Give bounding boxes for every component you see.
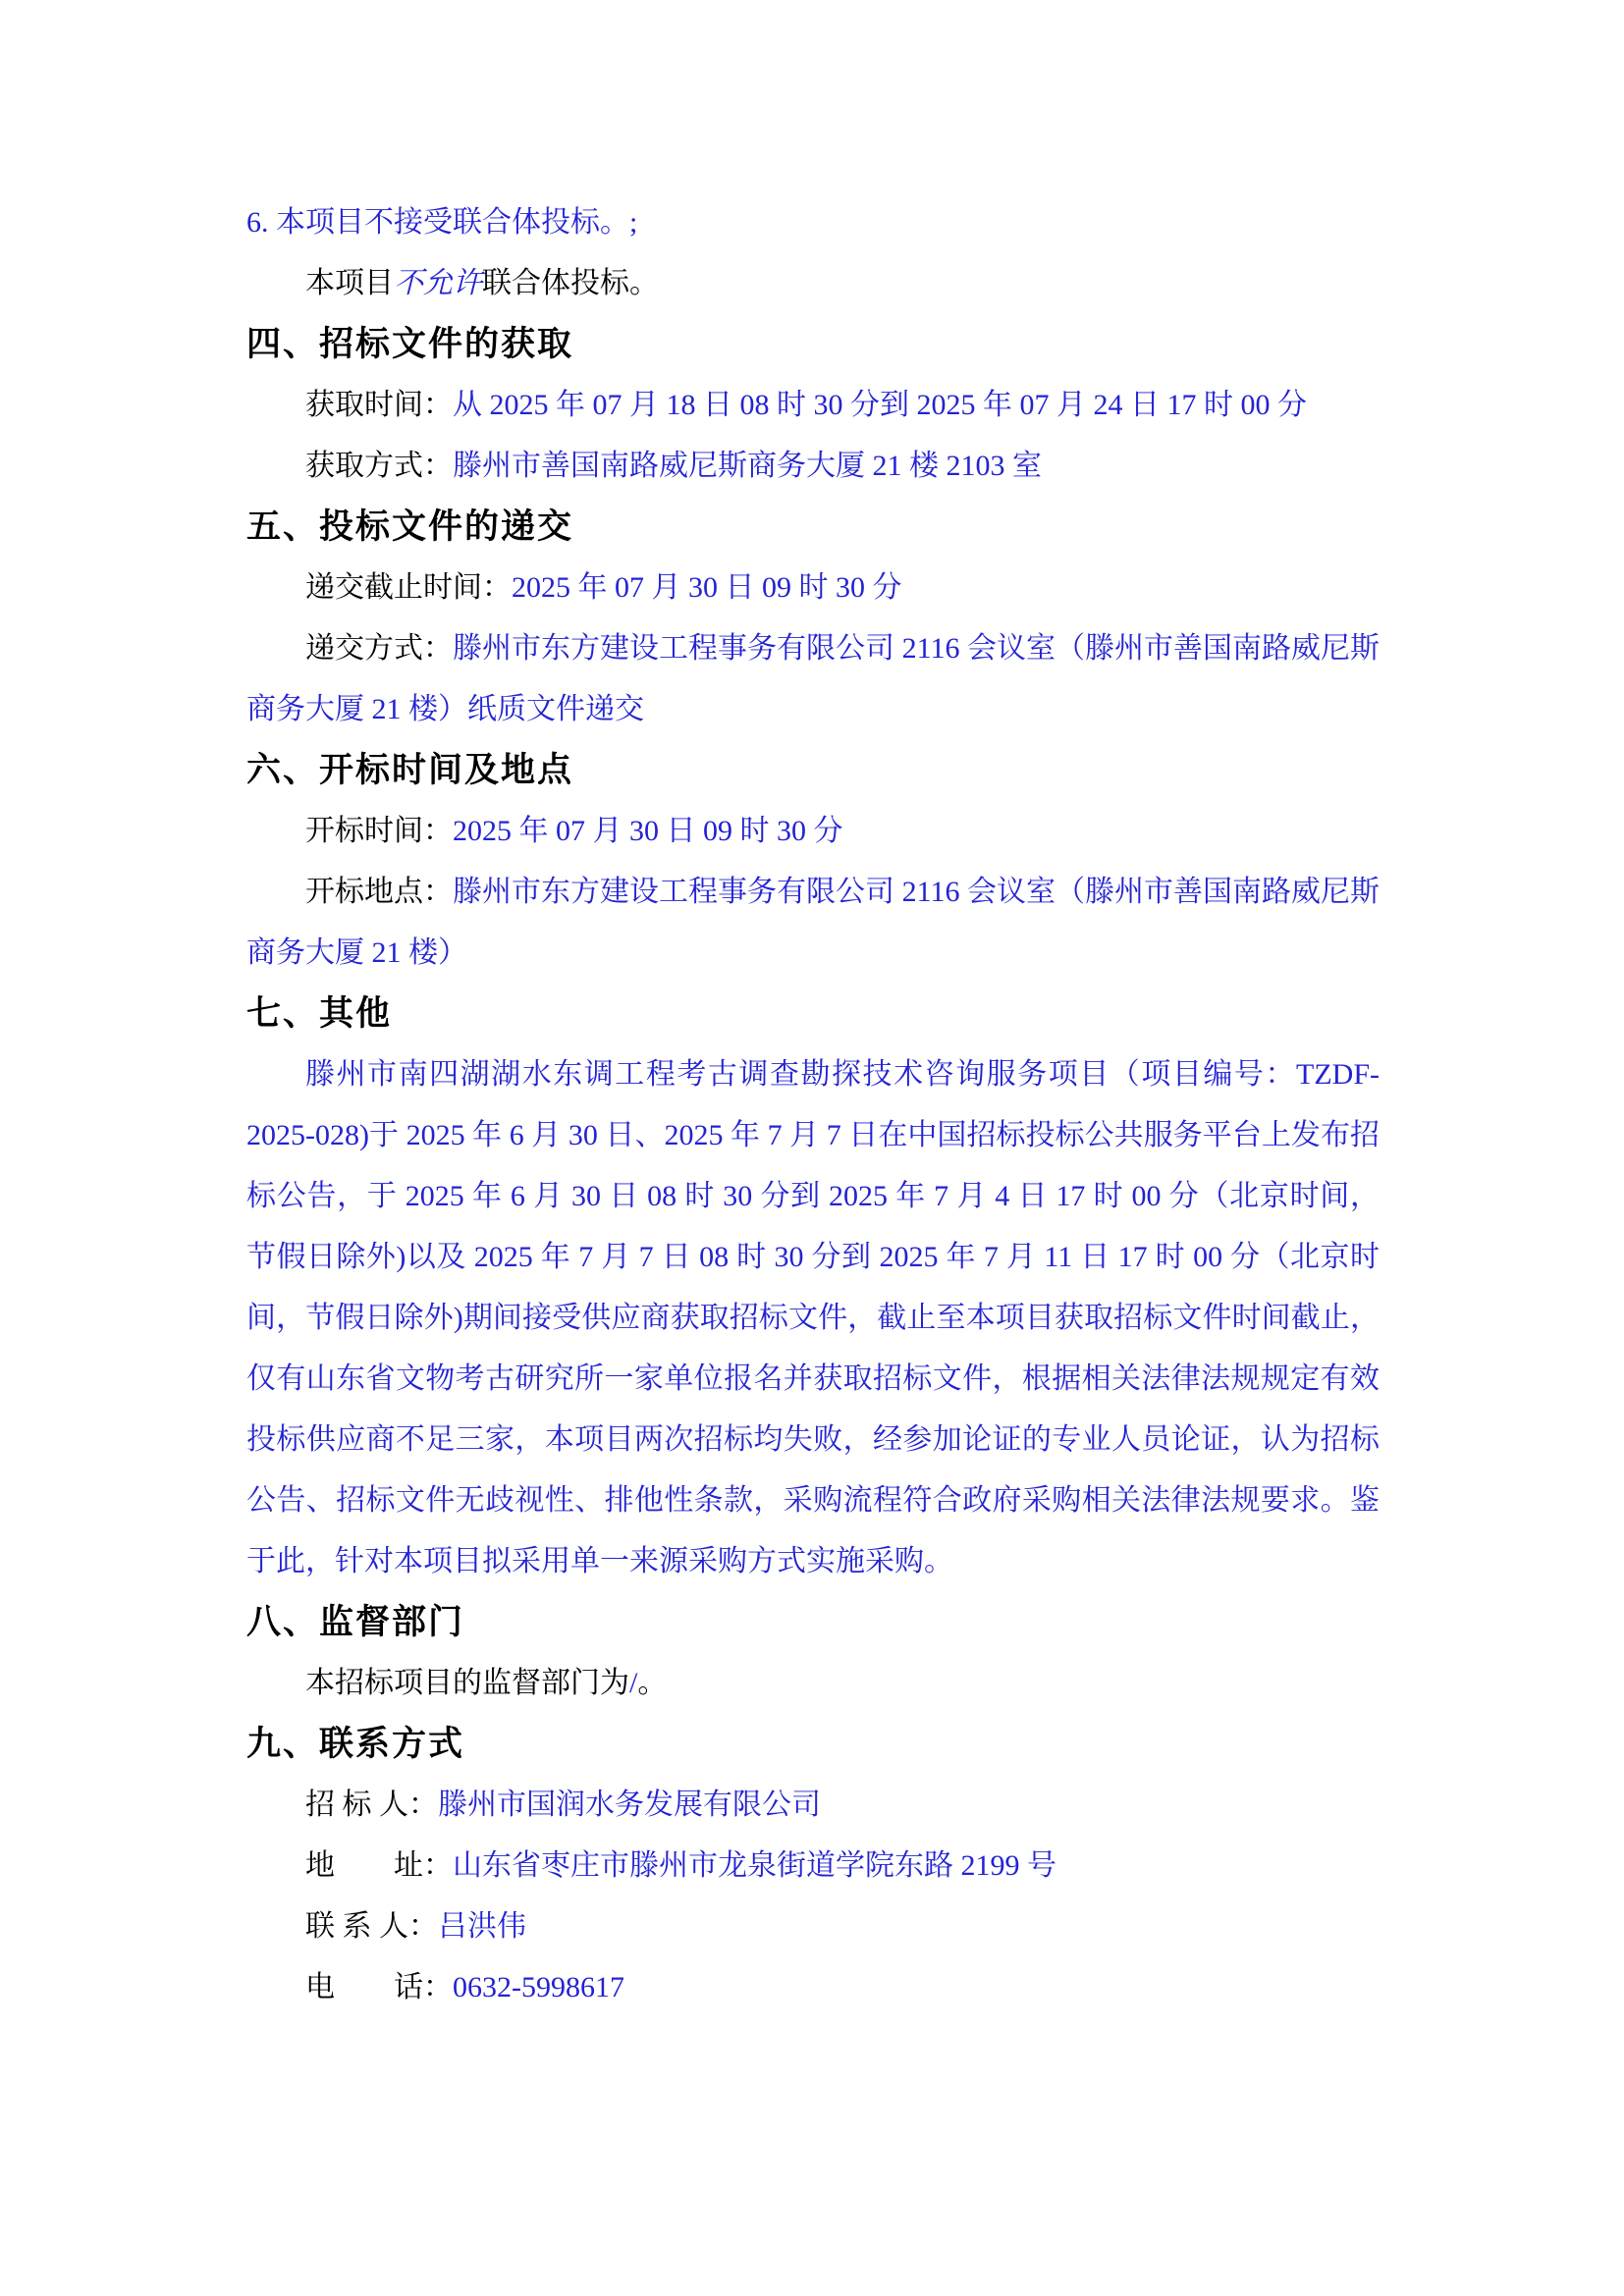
- supervision-line: 本招标项目的监督部门为/。: [246, 1653, 1380, 1714]
- supervision-suffix: 。: [637, 1667, 667, 1699]
- tenderer-value: 滕州市国润水务发展有限公司: [438, 1789, 821, 1821]
- phone-line: 电 话：0632-5998617: [246, 1957, 1380, 2018]
- section-7-heading: 七、其他: [246, 984, 1380, 1044]
- address-line: 地 址：山东省枣庄市滕州市龙泉街道学院东路 2199 号: [246, 1836, 1380, 1896]
- joint-venture-line: 本项目不允许联合体投标。: [246, 253, 1380, 314]
- section-9-heading: 九、联系方式: [246, 1714, 1380, 1775]
- section-8-heading: 八、监督部门: [246, 1592, 1380, 1653]
- acquire-method-label: 获取方式：: [305, 450, 453, 482]
- contact-person-value: 吕洪伟: [438, 1910, 526, 1943]
- contact-person-label: 联 系 人：: [305, 1910, 438, 1943]
- section-6-heading: 六、开标时间及地点: [246, 740, 1380, 801]
- section-5-heading: 五、投标文件的递交: [246, 497, 1380, 558]
- address-value: 山东省枣庄市滕州市龙泉街道学院东路 2199 号: [453, 1849, 1056, 1882]
- submit-deadline-line: 递交截止时间：2025 年 07 月 30 日 09 时 30 分: [246, 558, 1380, 618]
- contact-person-line: 联 系 人：吕洪伟: [246, 1896, 1380, 1957]
- tenderer-line: 招 标 人：滕州市国润水务发展有限公司: [246, 1775, 1380, 1836]
- acquire-time-line: 获取时间：从 2025 年 07 月 18 日 08 时 30 分到 2025 …: [246, 375, 1380, 436]
- phone-label: 电 话：: [305, 1971, 453, 2003]
- joint-venture-prefix: 本项目: [305, 267, 394, 299]
- acquire-method-value: 滕州市善国南路威尼斯商务大厦 21 楼 2103 室: [453, 450, 1042, 482]
- tenderer-label: 招 标 人：: [305, 1789, 438, 1821]
- opening-time-label: 开标时间：: [305, 815, 453, 847]
- acquire-method-line: 获取方式：滕州市善国南路威尼斯商务大厦 21 楼 2103 室: [246, 436, 1380, 497]
- joint-venture-emphasis: 不允许: [394, 267, 482, 299]
- opening-time-value: 2025 年 07 月 30 日 09 时 30 分: [453, 815, 843, 847]
- section-4-heading: 四、招标文件的获取: [246, 314, 1380, 375]
- address-label: 地 址：: [305, 1849, 453, 1882]
- acquire-time-label: 获取时间：: [305, 389, 453, 421]
- opening-time-line: 开标时间：2025 年 07 月 30 日 09 时 30 分: [246, 801, 1380, 862]
- submit-method-label: 递交方式：: [305, 632, 453, 665]
- other-paragraph: 滕州市南四湖湖水东调工程考古调查勘探技术咨询服务项目（项目编号：TZDF-202…: [246, 1044, 1380, 1592]
- document-page: 6. 本项目不接受联合体投标。; 本项目不允许联合体投标。 四、招标文件的获取 …: [0, 0, 1624, 2296]
- opening-place-label: 开标地点：: [305, 876, 453, 908]
- clause-6-line: 6. 本项目不接受联合体投标。;: [246, 192, 1380, 253]
- opening-place-line: 开标地点：滕州市东方建设工程事务有限公司 2116 会议室（滕州市善国南路威尼斯…: [246, 862, 1380, 984]
- phone-value: 0632-5998617: [453, 1971, 624, 2003]
- supervision-prefix: 本招标项目的监督部门为: [305, 1667, 629, 1699]
- submit-deadline-value: 2025 年 07 月 30 日 09 时 30 分: [512, 571, 902, 604]
- submit-method-line: 递交方式：滕州市东方建设工程事务有限公司 2116 会议室（滕州市善国南路威尼斯…: [246, 618, 1380, 740]
- joint-venture-suffix: 联合体投标。: [482, 267, 659, 299]
- submit-deadline-label: 递交截止时间：: [305, 571, 512, 604]
- acquire-time-value: 从 2025 年 07 月 18 日 08 时 30 分到 2025 年 07 …: [453, 389, 1307, 421]
